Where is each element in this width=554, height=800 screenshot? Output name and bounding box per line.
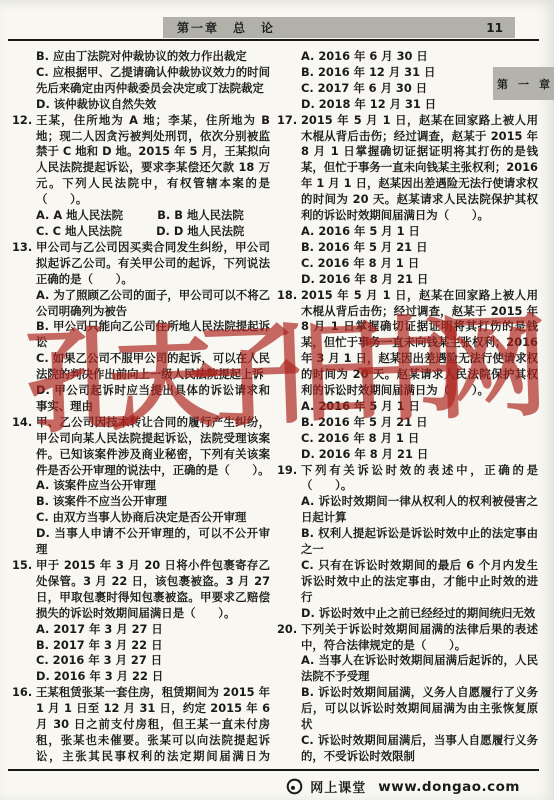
answer-option: D. 2016 年 8 月 21 日 — [301, 447, 538, 463]
answer-option: C. 应根据甲、乙提请确认仲裁协议效力的时间先后来确定由丙仲裁委员会决定或丁法院… — [36, 65, 270, 97]
header-rule — [8, 39, 539, 41]
answer-option: C. 2016 年 3 月 27 日 — [36, 653, 270, 669]
dongao-logo-icon — [286, 778, 303, 795]
answer-option: C. 2016 年 8 月 1 日 — [301, 431, 538, 447]
answer-option: C. 如果乙公司不服甲公司的起诉，可以在人民法院的判决作出前向上一级人民法院提起… — [36, 351, 270, 383]
answer-option: D. 甲公司起诉时应当提出具体的诉讼请求和事实、理由 — [36, 383, 270, 415]
answer-option: B. 2016 年 12 月 31 日 — [301, 65, 538, 81]
chapter-title: 第一章 总 论 — [177, 19, 275, 36]
footer-url: www.dongao.com — [378, 779, 520, 795]
answer-option: B. 权利人提起诉讼是诉讼时效中止的法定事由之一 — [301, 526, 538, 558]
question-column-left: B. 应由丁法院对仲裁协议的效力作出裁定C. 应根据甲、乙提请确认仲裁协议效力的… — [12, 49, 270, 763]
answer-option: B. 该案件不应当公开审理 — [36, 494, 270, 510]
question-stem: 下列关于诉讼时效期间届满的法律后果的表述中，符合法律规定的是（ ）。 — [301, 622, 538, 654]
answer-option: A. 诉讼时效期间一律从权利人的权利被侵害之日起计算 — [301, 494, 538, 526]
question-stem: 2015 年 5 月 1 日，赵某在回家路上被人用木棍从背后击伤；经过调查，赵某… — [301, 113, 538, 224]
question-item: 17.2015 年 5 月 1 日，赵某在回家路上被人用木棍从背后击伤；经过调查… — [277, 113, 538, 288]
question-item: 16.王某租赁张某一套住房，租赁期间为 2015 年 1 月 1 日至 12 月… — [12, 685, 270, 763]
question-number: 13. — [12, 240, 32, 256]
question-item: 12.王某，住所地为 A 地；李某，住所地为 B 地；现二人因贪污被判处刑罚，依… — [12, 113, 270, 240]
answer-option: D. 2016 年 8 月 21 日 — [301, 272, 538, 288]
question-number: 12. — [12, 113, 32, 129]
question-stem: 王某租赁张某一套住房，租赁期间为 2015 年 1 月 1 日至 12 月 31… — [36, 685, 270, 763]
question-item: 19.下列有关诉讼时效的表述中，正确的是（ ）。A. 诉讼时效期间一律从权利人的… — [277, 463, 538, 622]
answer-option: B. 应由丁法院对仲裁协议的效力作出裁定 — [36, 49, 270, 65]
answer-option: C. C 地人民法院 D. D 地人民法院 — [36, 224, 270, 240]
answer-option: A. 为了照顾乙公司的面子，甲公司可以不将乙公司明确列为被告 — [36, 288, 270, 320]
footer: 网上课堂 www.dongao.com — [286, 777, 520, 796]
question-number: 15. — [12, 558, 32, 574]
answer-option: C. 只有在诉讼时效期间的最后 6 个月内发生诉讼时效中止的法定事由，才能中止时… — [301, 558, 538, 606]
question-stem: 王某，住所地为 A 地；李某，住所地为 B 地；现二人因贪污被判处刑罚，依次分别… — [36, 113, 270, 208]
question-number: 20. — [277, 622, 297, 638]
question-stem: 2015 年 5 月 1 日，赵某在回家路上被人用木棍从背后击伤；经过调查，赵某… — [301, 288, 538, 399]
page-number: 11 — [486, 21, 503, 35]
question-stem: 下列有关诉讼时效的表述中，正确的是（ ）。 — [301, 463, 538, 495]
header-band: 第一章 总 论 11 — [163, 17, 515, 38]
answer-option: C. 由双方当事人协商后决定是否公开审理 — [36, 510, 270, 526]
question-number: 16. — [12, 685, 32, 701]
answer-option: C. 2016 年 8 月 1 日 — [301, 256, 538, 272]
answer-option: D. 2016 年 3 月 22 日 — [36, 669, 270, 685]
answer-option: A. 2016 年 5 月 1 日 — [301, 224, 538, 240]
question-item: 20.下列关于诉讼时效期间届满的法律后果的表述中，符合法律规定的是（ ）。A. … — [277, 622, 538, 763]
answer-option: C. 诉讼时效期间届满后，当事人自愿履行义务的，不受诉讼时效限制 — [301, 733, 538, 763]
question-item: 14.甲、乙公司因技术转让合同的履行产生纠纷，甲公司向某人民法院提起诉讼，法院受… — [12, 415, 270, 558]
question-stem: 甲于 2015 年 3 月 20 日将小件包裹寄存乙处保管。3 月 22 日，该… — [36, 558, 270, 622]
answer-option: D. 当事人申请不公开审理的，可以不公开审理 — [36, 526, 270, 558]
answer-option: B. 2016 年 5 月 21 日 — [301, 240, 538, 256]
answer-option: A. 2016 年 5 月 1 日 — [301, 399, 538, 415]
answer-option: B. 甲公司只能向乙公司住所地人民法院提起诉讼 — [36, 319, 270, 351]
answer-option: C. 2017 年 6 月 30 日 — [301, 81, 538, 97]
question-number: 17. — [277, 113, 297, 129]
answer-option: D. 2018 年 12 月 31 日 — [301, 97, 538, 113]
answer-option: A. 该案件应当公开审理 — [36, 478, 270, 494]
question-number: 14. — [12, 415, 32, 431]
scanned-book-page: 第一章 总 论 11 第一章 B. 应由丁法院对仲裁协议的效力作出裁定C. 应根… — [0, 0, 554, 800]
question-item: A. 2016 年 6 月 30 日B. 2016 年 12 月 31 日C. … — [277, 49, 538, 113]
answer-option: A. 2017 年 3 月 27 日 — [36, 622, 270, 638]
question-column-right: A. 2016 年 6 月 30 日B. 2016 年 12 月 31 日C. … — [277, 49, 538, 763]
answer-option: A. 2016 年 6 月 30 日 — [301, 49, 538, 65]
footer-brand: 网上课堂 — [310, 777, 366, 796]
question-number: 18. — [277, 288, 297, 304]
question-item: 18.2015 年 5 月 1 日，赵某在回家路上被人用木棍从背后击伤；经过调查… — [277, 288, 538, 463]
answer-option: B. 2016 年 5 月 21 日 — [301, 415, 538, 431]
answer-option: A. 当事人在诉讼时效期间届满后起诉的，人民法院不予受理 — [301, 653, 538, 685]
answer-option: D. 该仲裁协议自然失效 — [36, 97, 270, 113]
answer-option: B. 诉讼时效期间届满，义务人自愿履行了义务后，可以以诉讼时效期间届满为由主张恢… — [301, 685, 538, 733]
answer-option: B. 2017 年 3 月 22 日 — [36, 638, 270, 654]
question-item: 13.甲公司与乙公司因买卖合同发生纠纷，甲公司拟起诉乙公司。有关甲公司的起诉，下… — [12, 240, 270, 415]
question-item: B. 应由丁法院对仲裁协议的效力作出裁定C. 应根据甲、乙提请确认仲裁协议效力的… — [12, 49, 270, 113]
question-item: 15.甲于 2015 年 3 月 20 日将小件包裹寄存乙处保管。3 月 22 … — [12, 558, 270, 685]
question-stem: 甲公司与乙公司因买卖合同发生纠纷，甲公司拟起诉乙公司。有关甲公司的起诉，下列说法… — [36, 240, 270, 288]
question-number: 19. — [277, 463, 297, 479]
question-stem: 甲、乙公司因技术转让合同的履行产生纠纷，甲公司向某人民法院提起诉讼，法院受理该案… — [36, 415, 270, 479]
answer-option: D. 诉讼时效中止之前已经经过的期间统归无效 — [301, 606, 538, 622]
answer-option: A. A 地人民法院 B. B 地人民法院 — [36, 208, 270, 224]
footer-rule — [8, 769, 539, 771]
